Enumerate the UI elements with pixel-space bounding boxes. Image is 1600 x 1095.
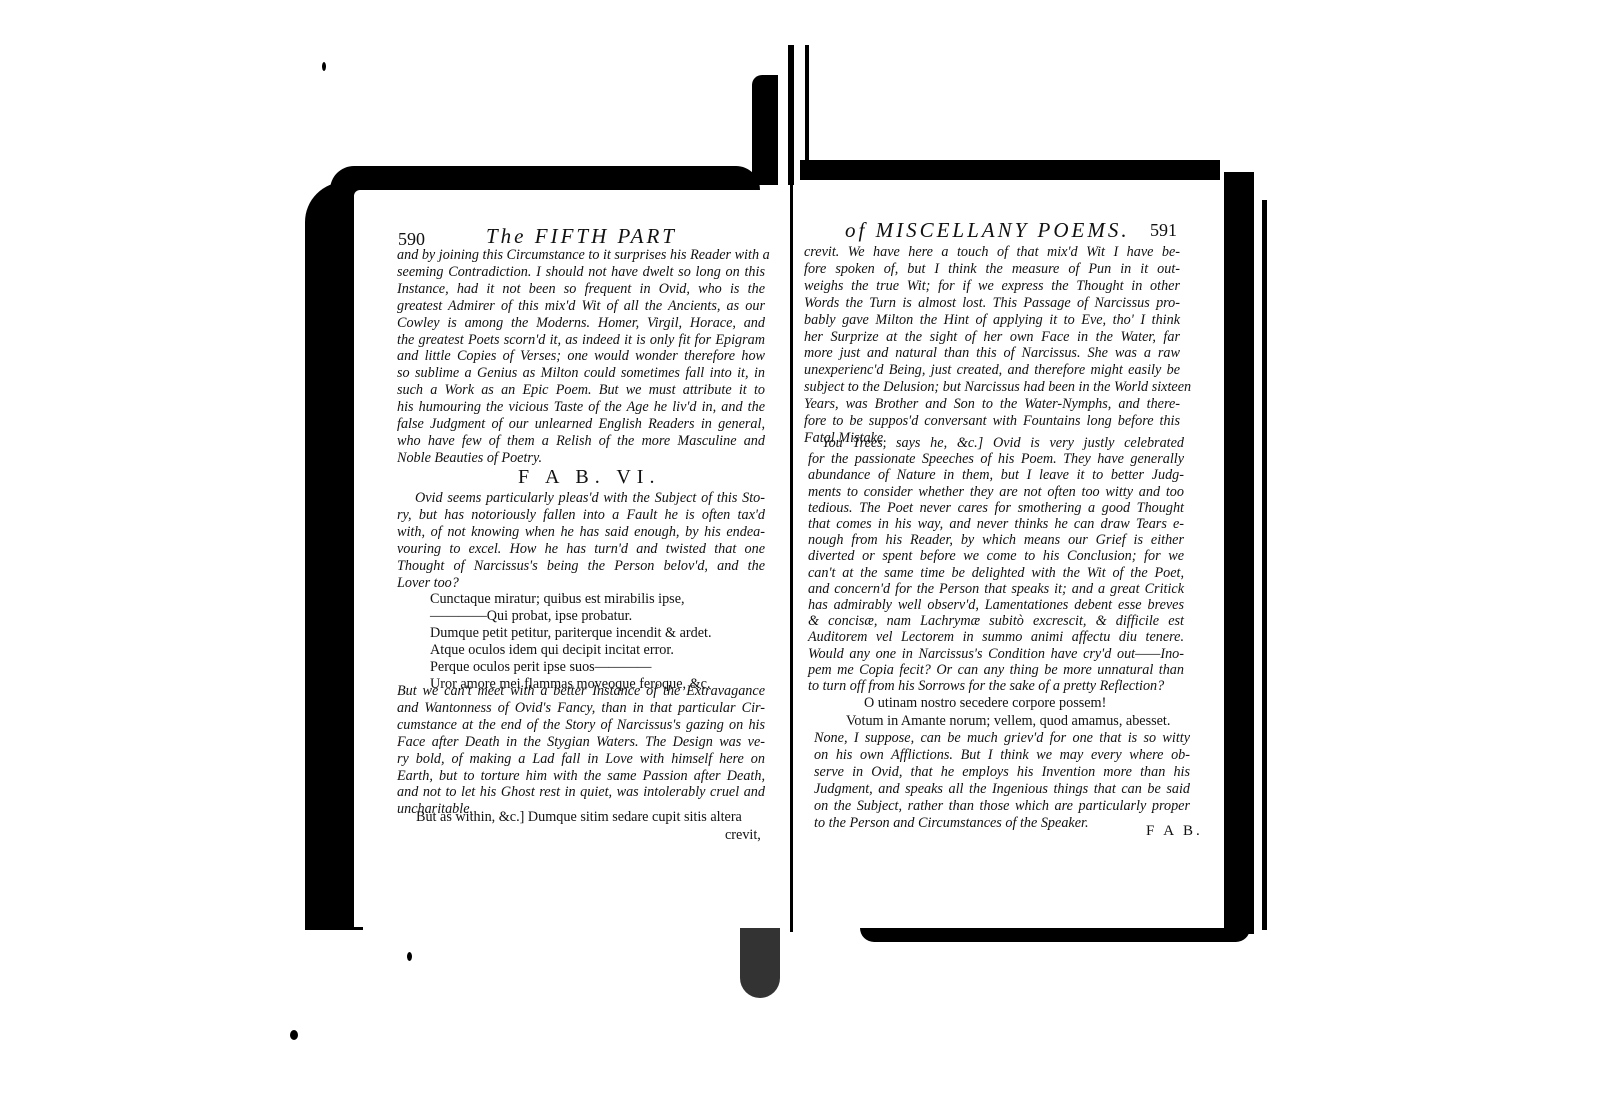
scan-speck: [322, 62, 326, 71]
text-line: bably gave Milton the Hint of applying i…: [804, 311, 1180, 329]
text-line: Ovid seems particularly pleas'd with the…: [415, 489, 765, 507]
text-line: None, I suppose, can be much griev'd for…: [814, 729, 1190, 747]
text-line: more just and natural than this of Narci…: [804, 344, 1180, 362]
text-line: Face after Death in the Stygian Waters. …: [397, 733, 765, 751]
text-line: crevit. We have here a touch of that mix…: [804, 243, 1180, 261]
text-line: Dumque petit petitur, pariterque incendi…: [430, 624, 712, 642]
text-line: her Surprize at the sight of her own Fac…: [804, 328, 1180, 346]
right-catchword: F A B.: [1146, 822, 1203, 840]
text-line: Lover too?: [397, 574, 459, 592]
text-line: his humouring the vicious Taste of the A…: [397, 398, 765, 416]
text-line: Cowley is among the Moderns. Homer, Virg…: [397, 314, 765, 332]
text-line: serve in Ovid, that he employs his Inven…: [814, 763, 1190, 781]
text-line: Atque oculos idem qui decipit incitat er…: [430, 641, 674, 659]
latin-prose-line: Votum in Amante norum; vellem, quod amam…: [846, 712, 1170, 730]
left-catchword: crevit,: [725, 826, 761, 844]
text-line: seeming Contradiction. I should not have…: [397, 263, 765, 281]
text-line: Noble Beauties of Poetry.: [397, 449, 542, 467]
latin-verse-line: O utinam nostro secedere corpore possem!: [864, 694, 1106, 712]
text-line: false Judgment of our unlearned English …: [397, 415, 765, 433]
text-line: greatest Admirer of this mix'd Wit of al…: [397, 297, 765, 315]
text-line: ry, but has notoriously fallen into a Fa…: [397, 506, 765, 524]
right-top-edge-shadow: [800, 160, 1220, 180]
text-line: Instance, had it not been so frequent in…: [397, 280, 765, 298]
text-line: ry bold, of making a Lad fall in Love wi…: [397, 750, 765, 768]
text-line: Thought of Narcissus's being the Person …: [397, 557, 765, 575]
text-line: such a Work as an Epic Poem. But we must…: [397, 381, 765, 399]
right-running-head: of MISCELLANY POEMS.: [845, 218, 1130, 243]
text-line: subject to the Delusion; but Narcissus h…: [804, 378, 1180, 396]
text-line: so sublime a Genius as Milton could some…: [397, 364, 765, 382]
spine-top-band: [788, 45, 794, 185]
text-line: who have few of them a Relish of the mor…: [397, 432, 765, 450]
text-line: vouring to excel. How he has turn'd and …: [397, 540, 765, 558]
text-line: fore spoken of, but I think the measure …: [804, 260, 1180, 278]
text-line: ————Qui probat, ipse probatur.: [430, 607, 632, 625]
text-line: and Wantonness of Ovid's Fancy, than in …: [397, 699, 765, 717]
text-line: Words the Turn is almost lost. This Pass…: [804, 294, 1180, 312]
text-line: on the Subject, rather than those which …: [814, 797, 1190, 815]
spine-top-shadow: [752, 75, 778, 185]
text-line: fore to be suppos'd conversant with Foun…: [804, 412, 1180, 430]
text-line: the greatest Poets scorn'd it, as indeed…: [397, 331, 765, 349]
text-line: unexperienc'd Being, just created, and t…: [804, 361, 1180, 379]
text-line: Perque oculos perit ipse suos————: [430, 658, 651, 676]
text-line: But we can't meet with a better Instance…: [397, 682, 765, 700]
right-cover-edge: [1262, 200, 1267, 930]
spine-bottom-shadow: [740, 928, 780, 998]
text-line: cumstance at the end of the Story of Nar…: [397, 716, 765, 734]
text-line: Cunctaque miratur; quibus est mirabilis …: [430, 590, 685, 608]
right-cover-shadow: [1224, 172, 1254, 934]
text-line: Earth, but to torture him with the same …: [397, 767, 765, 785]
text-line: and not to let his Ghost rest in quiet, …: [397, 783, 765, 801]
text-line: weighs the true Wit; for if we express t…: [804, 277, 1180, 295]
scan-speck: [407, 952, 412, 961]
gutter-line: [790, 180, 793, 932]
text-line: to turn off from his Sorrows for the sak…: [808, 677, 1164, 695]
text-line: to the Person and Circumstances of the S…: [814, 814, 1089, 832]
scan-speck: [290, 1030, 298, 1040]
section-heading-fab-vi: F A B. VI.: [518, 466, 660, 489]
text-line: and little Copies of Verses; one would w…: [397, 347, 765, 365]
text-line: with, of not knowing when he has said en…: [397, 523, 765, 541]
text-line: Years, was Brother and Son to the Water-…: [804, 395, 1180, 413]
left-final-line: But as within, &c.] Dumque sitim sedare …: [416, 808, 742, 826]
bottom-right-shadow: [860, 928, 1250, 942]
left-top-edge-shadow: [330, 166, 760, 190]
right-page-number: 591: [1150, 220, 1177, 241]
text-line: Judgment, and speaks all the Ingenious t…: [814, 780, 1190, 798]
text-line: on his own Afflictions. But I think we m…: [814, 746, 1190, 764]
text-line: and by joining this Circumstance to it s…: [397, 246, 765, 264]
